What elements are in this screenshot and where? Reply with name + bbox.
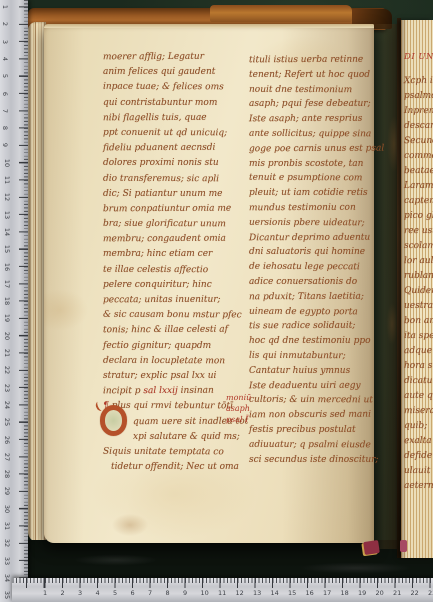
manuscript-line: iam non obscuris sed mani (249, 408, 355, 423)
manuscript-line: hoc qd dne testimoniu ppo (249, 334, 355, 349)
ruler-number: 13 (253, 589, 261, 597)
manuscript-line: moniū (226, 393, 251, 404)
manuscript-line: commend (404, 149, 433, 164)
manuscript-line: nibi flagellis tuis, quae (103, 110, 219, 126)
manuscript-line: ulauit (404, 464, 433, 479)
manuscript-line: tituli istius uerba retinne (249, 53, 355, 68)
manuscript-line: mundus testimoniu con (249, 201, 355, 216)
manuscript-line: beatae (404, 164, 433, 179)
manuscript-line: membra; hinc etiam cer (103, 247, 219, 262)
ruler-number: 4 (1, 57, 9, 61)
ruler-number: 33 (3, 556, 11, 564)
facing-page-text-column: Xcph istpsalmoInpremadescarnSecunducomme… (404, 74, 433, 494)
manuscript-line: Quident (404, 284, 433, 299)
manuscript-line: te illae celestis affectio (103, 262, 219, 278)
manuscript-line: cultoris; & uin mercedni ut (249, 393, 355, 408)
manuscript-line: fectio gignitur; quapdm (103, 339, 219, 354)
ruler-number: 14 (271, 589, 279, 597)
manuscript-line: ree ust (404, 224, 433, 239)
decorated-initial-O (100, 405, 127, 436)
manuscript-line: nouit dne testimonium (249, 82, 355, 97)
ruler-number: 10 (3, 159, 11, 167)
ruler-number: 11 (218, 589, 226, 597)
manuscript-line: exalta (404, 434, 433, 449)
ruler-number: 19 (3, 314, 11, 322)
ruler-number: 1 (43, 589, 47, 597)
manuscript-line: dolores proximi nonis stu (103, 156, 219, 171)
manuscript-line: uersionis pbere uideatur; (249, 216, 355, 231)
ruler-number: 11 (3, 176, 11, 184)
ruler-number: 2 (1, 22, 9, 26)
ruler-number: 29 (3, 487, 11, 495)
manuscript-line: asaph; pqui fese debeatur; (249, 97, 355, 112)
manuscript-line: brum conpatiuntur omia me (103, 202, 219, 218)
manuscript-line: pico glo (404, 209, 433, 224)
manuscript-line: ante sollicitus; quippe sina (249, 127, 355, 142)
manuscript-line: Inprema (404, 104, 433, 119)
ruler-number: 17 (323, 589, 331, 597)
ruler-number: 17 (3, 280, 11, 288)
ruler-number: 16 (3, 262, 11, 270)
book-cover-raised-edge (210, 5, 352, 22)
manuscript-line: defide (404, 449, 433, 464)
bottom-ruler: 1234567891011121314151617181920212223 (12, 578, 433, 602)
manuscript-line: tenuit e psumptione com (249, 171, 355, 186)
ruler-number: 19 (358, 589, 366, 597)
bookmark-ribbon (363, 540, 380, 555)
manuscript-line: Siquis unitate temptata co (103, 445, 219, 461)
ruler-number: 10 (201, 589, 209, 597)
manuscript-line: asaph (226, 404, 251, 415)
ruler-number: 8 (166, 589, 170, 597)
ruler-number: 27 (3, 453, 11, 461)
manuscript-line: uineam de egypto porta (249, 304, 355, 319)
ruler-number: 22 (411, 589, 419, 597)
manuscript-line: na pduxit; Titans laetitia; (249, 289, 355, 304)
manuscript-line: dicatur (404, 374, 433, 389)
manuscript-line: de iehosatu lege peccati (249, 260, 355, 275)
manuscript-line: uestra (404, 299, 433, 314)
manuscript-line: declara in locupletate mon (103, 353, 219, 369)
ruler-number: 26 (3, 435, 11, 443)
ruler-number: 21 (393, 589, 401, 597)
ruler-number: 31 (3, 522, 11, 530)
manuscript-line: ita spe (404, 329, 433, 344)
ruler-number: 8 (1, 126, 9, 130)
ruler-number: 4 (96, 589, 100, 597)
manuscript-line: lor aule (404, 254, 433, 269)
manuscript-line: pelere conquiritur; hinc (103, 278, 219, 293)
ruler-number: 35 (3, 591, 11, 599)
manuscript-line: membru; congaudent omia (103, 232, 219, 248)
manuscript-line: dic; Si patiantur unum me (103, 187, 219, 202)
ruler-number: 6 (131, 589, 135, 597)
ruler-number: 16 (306, 589, 314, 597)
manuscript-line: adque (404, 344, 433, 359)
ruler-number: 15 (3, 245, 11, 253)
ruler-number: 20 (376, 589, 384, 597)
manuscript-line: hora su (404, 359, 433, 374)
manuscript-line: peccata; unitas inuenitur; (103, 293, 219, 309)
manuscript-line: tis sue radice solidauit; (249, 319, 355, 334)
manuscript-line: rublant (404, 269, 433, 284)
manuscript-line: moerer afflig; Legatur (103, 50, 219, 66)
ruler-number: 5 (113, 589, 117, 597)
manuscript-line: goge poe carnis unus est psal (249, 142, 355, 157)
ruler-number: 20 (3, 332, 11, 340)
photo-canvas: moerer afflig; Legaturanim felices qui g… (0, 0, 433, 602)
facing-page-rubric: DI UNIU (404, 52, 433, 62)
ruler-number: 24 (3, 401, 11, 409)
manuscript-line: scolam (404, 239, 433, 254)
manuscript-line: & sic causam bonu mstur pfec (103, 308, 219, 324)
ruler-number: 23 (3, 383, 11, 391)
ruler-number: 9 (1, 143, 9, 147)
ruler-number: 2 (61, 589, 65, 597)
manuscript-line: festis precibus postulat (249, 423, 355, 438)
manuscript-line: Secundu (404, 134, 433, 149)
manuscript-line: lis qui inmutabuntur; (249, 349, 355, 364)
manuscript-line: Xcph ist (404, 74, 433, 89)
ruler-cm-ticks (12, 578, 433, 588)
manuscript-line: adiuuatur; q psalmi eiusde (249, 437, 355, 452)
manuscript-line: dni saluatoris qui homine (249, 245, 355, 260)
manuscript-line: Iste asaph; ante resprius (249, 112, 355, 127)
ruler-number: 23 (428, 589, 433, 597)
manuscript-line: mis pronbis scostote, tan (249, 157, 355, 172)
manuscript-line: psalmo (404, 89, 433, 104)
ruler-number: 7 (148, 589, 152, 597)
ruler-number: 1 (1, 5, 9, 9)
manuscript-line: aute q (404, 389, 433, 404)
manuscript-line: ppt conuenit ut qd unicuiq; (103, 126, 219, 142)
manuscript-line: captemu (404, 194, 433, 209)
bookmark-ribbon-facing (400, 540, 407, 552)
ruler-number: 14 (3, 228, 11, 236)
manuscript-line: descarn (404, 119, 433, 134)
manuscript-line: tidetur offendit; Nec ut oma (103, 460, 219, 475)
manuscript-line: bon amo (404, 314, 433, 329)
ruler-number: 13 (3, 210, 11, 218)
ruler-number: 7 (1, 109, 9, 113)
manuscript-line: Dicantur deprimo aduentu (249, 230, 355, 245)
manuscript-line: tenent; Refert ut hoc quod (249, 68, 355, 83)
ruler-number: 28 (3, 470, 11, 478)
left-ruler: 1234567891011121314151617181920212223242… (0, 0, 28, 602)
manuscript-line: dio transferemus; sic apli (103, 171, 219, 187)
ruler-number: 5 (1, 74, 9, 78)
manuscript-line: qui contristabuntur mom (103, 96, 219, 111)
ruler-number: 15 (288, 589, 296, 597)
manuscript-line: quib; (404, 419, 433, 434)
ruler-number: 30 (3, 505, 11, 513)
manuscript-line: incipit p sal lxxij insinan (103, 384, 219, 400)
ruler-number: 18 (341, 589, 349, 597)
manuscript-line: inpace tuae; & felices oms (103, 80, 219, 96)
manuscript-line: Iste deaduentu uiri aegy (249, 378, 355, 393)
ruler-number: 25 (3, 418, 11, 426)
manuscript-line: Cantatur huius ymnus (249, 364, 355, 379)
manuscript-line: pleuit; ut iam cotidie retis (249, 186, 355, 201)
manuscript-line: misera (404, 404, 433, 419)
manuscript-line: fideliu pduanent aecnsdi (103, 141, 219, 157)
manuscript-line: Laram (404, 179, 433, 194)
manuscript-line: bra; siue glorificatur unum (103, 217, 219, 233)
ruler-number: 12 (3, 193, 11, 201)
ruler-number: 6 (1, 91, 9, 95)
manuscript-line: stratur; explic psal lxx ui (103, 369, 219, 384)
manuscript-line: adice conuersationis do (249, 275, 355, 290)
ruler-number: 34 (3, 574, 11, 582)
manuscript-line: psal Ī (226, 415, 251, 426)
ruler-number: 22 (3, 366, 11, 374)
right-text-column: tituli istius uerba retinnetenent; Refer… (249, 53, 355, 467)
ruler-number: 21 (3, 349, 11, 357)
ruler-cm-ticks (19, 0, 28, 602)
ruler-number: 32 (3, 539, 11, 547)
ruler-number: 3 (1, 40, 9, 44)
manuscript-line: sci secundus iste dinoscitur; (249, 453, 355, 468)
manuscript-line: anim felices qui gaudent (103, 65, 219, 80)
ruler-number: 12 (236, 589, 244, 597)
margin-notes: moniūasaphpsal Ī (226, 393, 251, 425)
manuscript-line: aeterna (404, 479, 433, 494)
ruler-number: 9 (183, 589, 187, 597)
ruler-number: 18 (3, 297, 11, 305)
manuscript-line: tonis; hinc & illae celesti af (103, 323, 219, 339)
ruler-number: 3 (78, 589, 82, 597)
